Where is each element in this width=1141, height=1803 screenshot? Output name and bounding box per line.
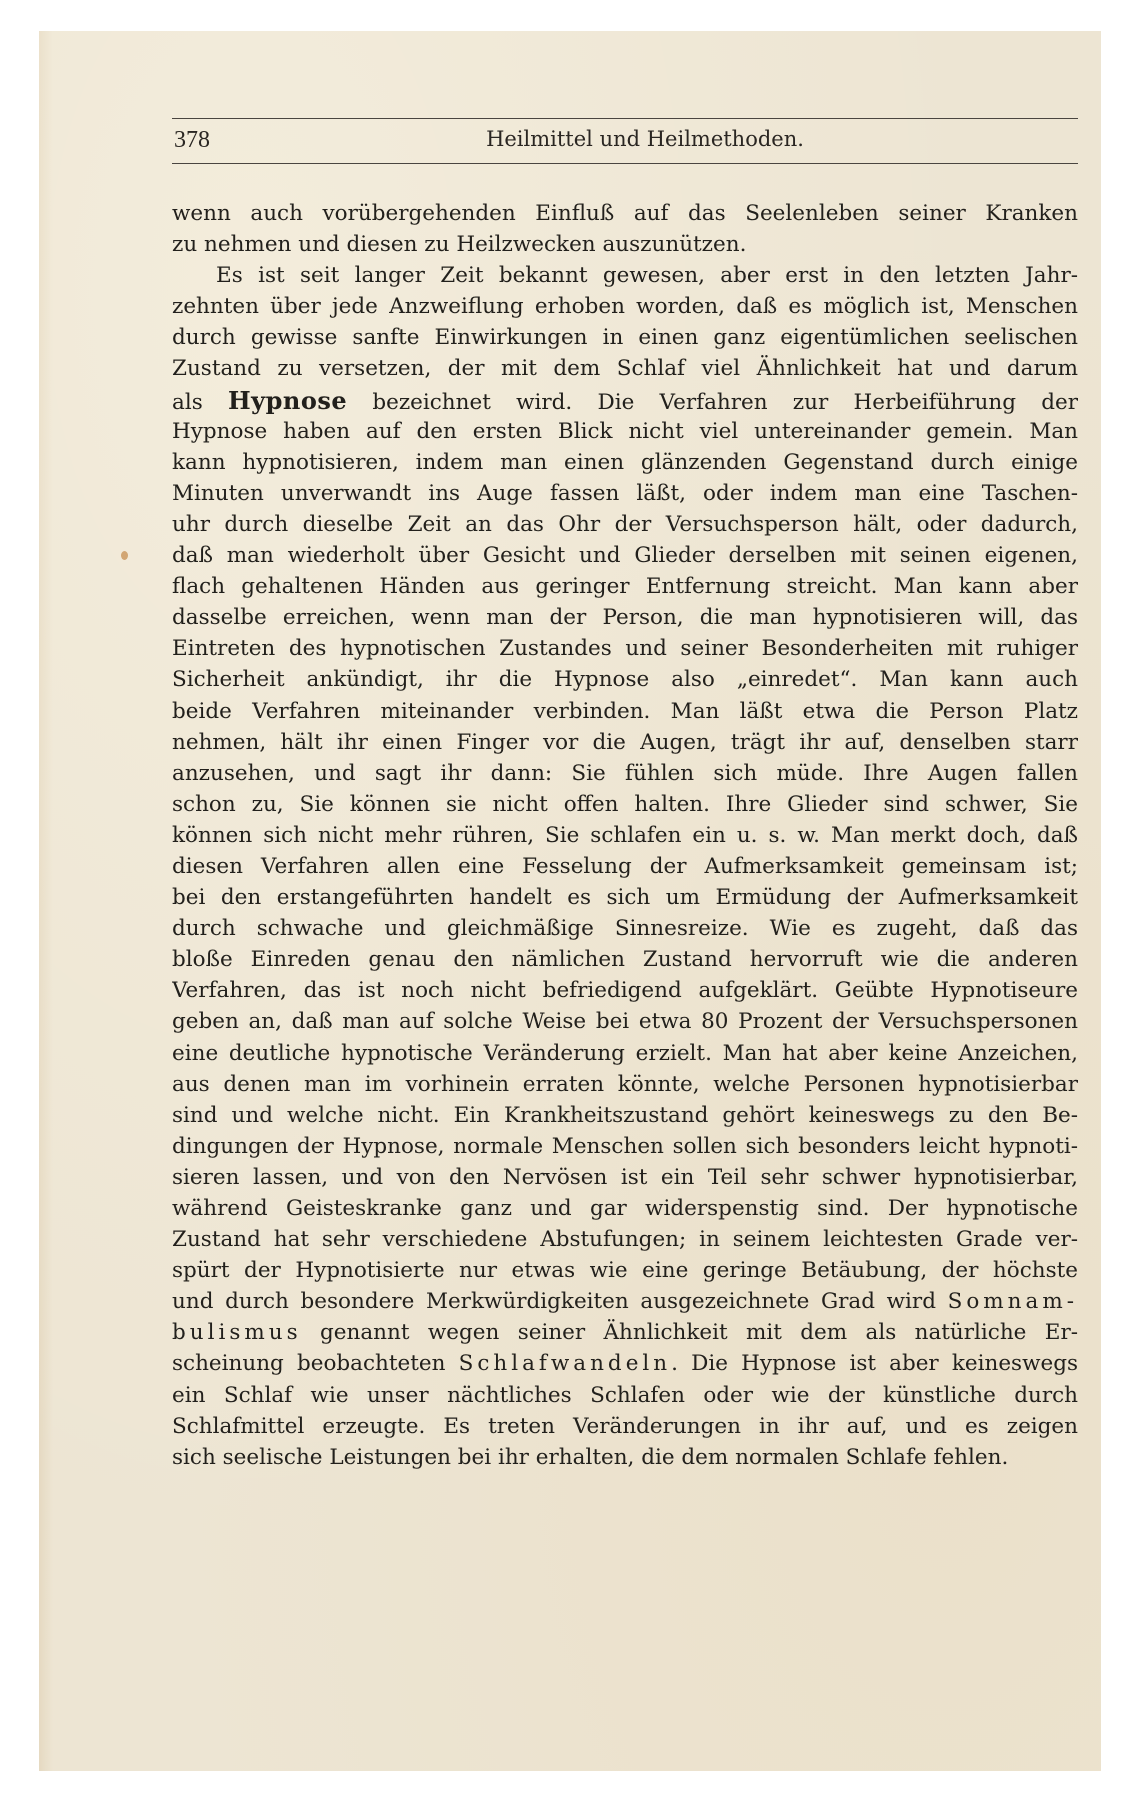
text-line: durch schwache und gleichmäßige Sinnesre… bbox=[172, 913, 1078, 944]
text-line: anzusehen, und sagt ihr dann: Sie fühlen… bbox=[172, 758, 1078, 789]
text-line: zehnten über jede Anzweiflung erhoben wo… bbox=[172, 291, 1078, 322]
spaced-term: Somnam- bbox=[948, 1289, 1078, 1314]
text-line: Verfahren, das ist noch nicht befriedige… bbox=[172, 975, 1078, 1006]
spaced-term: Schlafwandeln bbox=[459, 1351, 672, 1376]
emphasized-term: Hypnose bbox=[228, 386, 347, 415]
text-line: uhr durch dieselbe Zeit an das Ohr der V… bbox=[172, 509, 1078, 540]
text-line: Hypnose haben auf den ersten Blick nicht… bbox=[172, 416, 1078, 447]
text-line: Minuten unverwandt ins Auge fassen läßt,… bbox=[172, 478, 1078, 509]
text-line: bloße Einreden genau den nämlichen Zusta… bbox=[172, 944, 1078, 975]
text-line: bei den erstangeführten handelt es sich … bbox=[172, 882, 1078, 913]
text-line: eine deutliche hypnotische Veränderung e… bbox=[172, 1038, 1078, 1069]
text-line: Sicherheit ankündigt, ihr die Hypnose al… bbox=[172, 664, 1078, 695]
text-line: Zustand hat sehr verschiedene Abstufunge… bbox=[172, 1224, 1078, 1255]
text-line: während Geisteskranke ganz und gar wider… bbox=[172, 1193, 1078, 1224]
body-text: wenn auch vorübergehenden Einfluß auf da… bbox=[172, 198, 1078, 1473]
running-head-title: Heilmittel und Heilmethoden. bbox=[172, 127, 1078, 151]
text-line: sich seelische Leistungen bei ihr erhalt… bbox=[172, 1442, 1078, 1473]
text-line: spürt der Hypnotisierte nur etwas wie ei… bbox=[172, 1255, 1078, 1286]
text-line: diesen Verfahren allen eine Fesselung de… bbox=[172, 851, 1078, 882]
text-line: daß man wiederholt über Gesicht und Glie… bbox=[172, 540, 1078, 571]
text-line: schon zu, Sie können sie nicht offen hal… bbox=[172, 789, 1078, 820]
text-line: ein Schlaf wie unser nächtliches Schlafe… bbox=[172, 1380, 1078, 1411]
text-line: dasselbe erreichen, wenn man der Person,… bbox=[172, 602, 1078, 633]
text-line: dingungen der Hypnose, normale Menschen … bbox=[172, 1131, 1078, 1162]
paragraph-start-line: Es ist seit langer Zeit bekannt gewesen,… bbox=[172, 260, 1078, 291]
text-line: als Hypnose bezeichnet wird. Die Verfahr… bbox=[172, 385, 1078, 416]
text-line: Eintreten des hypnotischen Zustandes und… bbox=[172, 633, 1078, 664]
text-line: Schlafmittel erzeugte. Es treten Verände… bbox=[172, 1411, 1078, 1442]
text-line: wenn auch vorübergehenden Einfluß auf da… bbox=[172, 198, 1078, 229]
running-head: 378 Heilmittel und Heilmethoden. bbox=[172, 118, 1078, 164]
text-line: flach gehaltenen Händen aus geringer Ent… bbox=[172, 571, 1078, 602]
text-line: und durch besondere Merkwürdigkeiten aus… bbox=[172, 1286, 1078, 1317]
text-line: scheinung beobachteten Schlafwandeln. Di… bbox=[172, 1348, 1078, 1379]
text-line: nehmen, hält ihr einen Finger vor die Au… bbox=[172, 727, 1078, 758]
spaced-term: bulismus bbox=[172, 1320, 302, 1345]
text-line: zu nehmen und diesen zu Heilzwecken ausz… bbox=[172, 229, 1078, 260]
text-line: können sich nicht mehr rühren, Sie schla… bbox=[172, 820, 1078, 851]
text-line: beide Verfahren miteinander verbinden. M… bbox=[172, 696, 1078, 727]
paper-stain bbox=[121, 551, 128, 560]
text-line: bulismus genannt wegen seiner Ähnlichkei… bbox=[172, 1317, 1078, 1348]
text-line: sind und welche nicht. Ein Krankheitszus… bbox=[172, 1100, 1078, 1131]
book-page: 378 Heilmittel und Heilmethoden. wenn au… bbox=[39, 31, 1101, 1771]
text-line: Zustand zu versetzen, der mit dem Schlaf… bbox=[172, 353, 1078, 384]
text-line: geben an, daß man auf solche Weise bei e… bbox=[172, 1006, 1078, 1037]
text-line: durch gewisse sanfte Einwirkungen in ein… bbox=[172, 322, 1078, 353]
text-line: aus denen man im vorhinein erraten könnt… bbox=[172, 1069, 1078, 1100]
text-line: kann hypnotisieren, indem man einen glän… bbox=[172, 447, 1078, 478]
text-line: sieren lassen, und von den Nervösen ist … bbox=[172, 1162, 1078, 1193]
